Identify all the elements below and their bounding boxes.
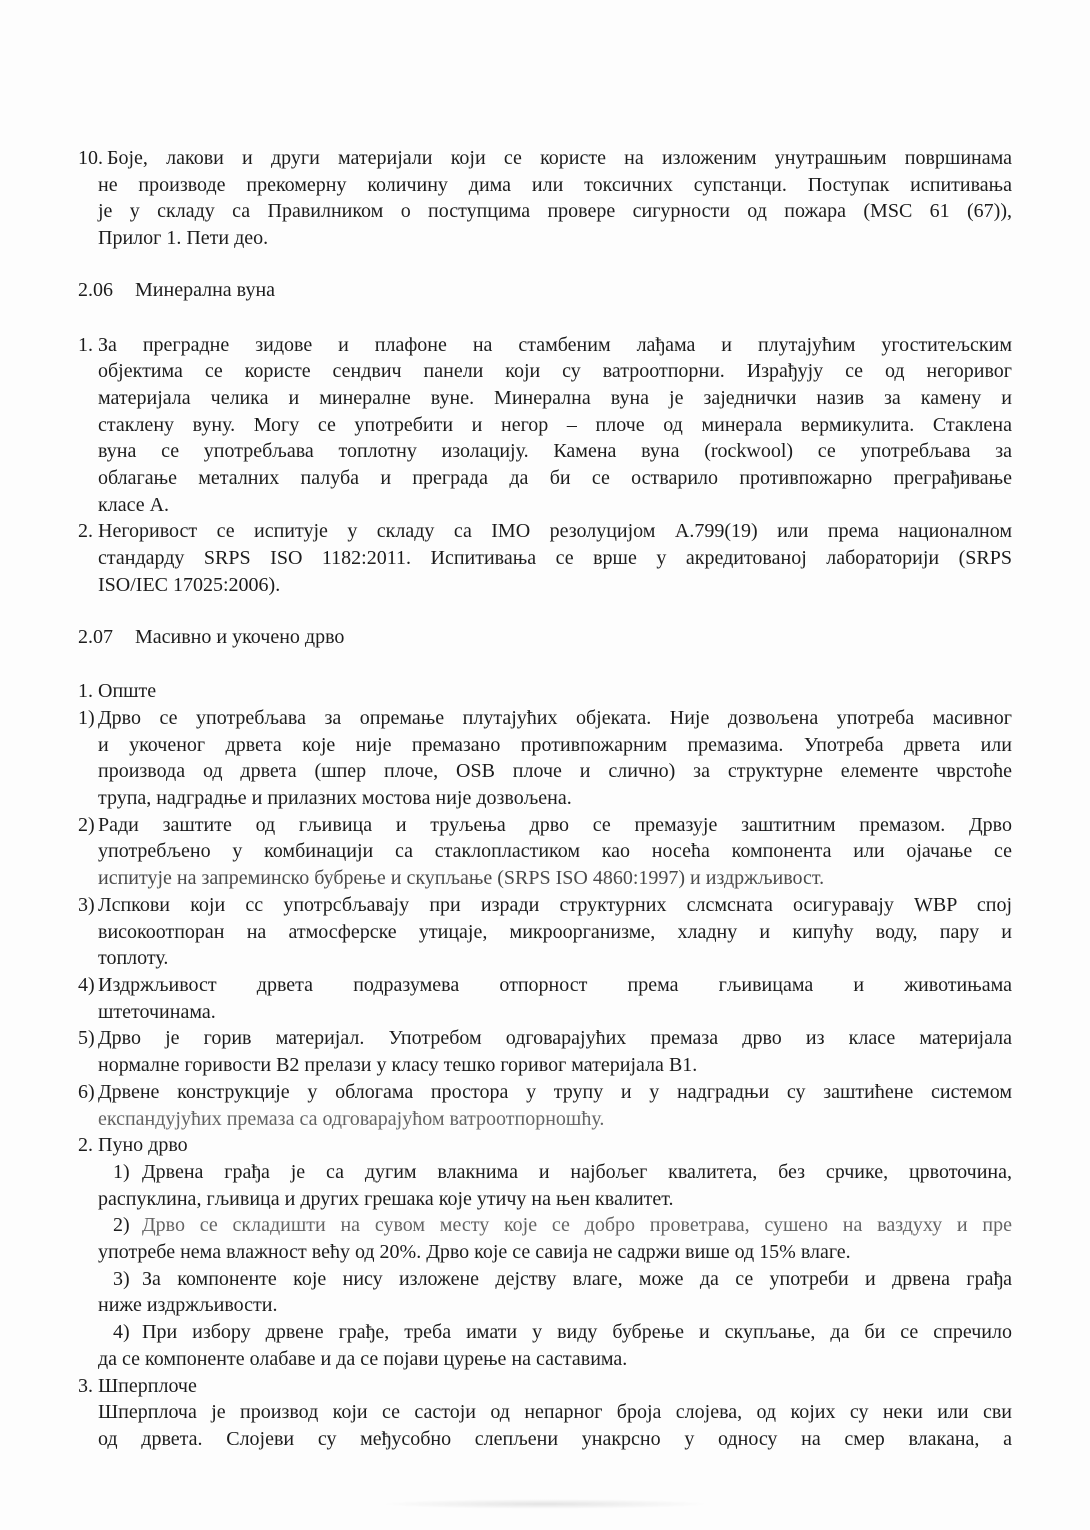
text-line: да се компоненте олабаве и да се појави …	[98, 1346, 1012, 1373]
nested-item-2: 2) Дрво се складишти на сувом месту које…	[78, 1212, 1012, 1265]
sub-item-1: 1) Дрво се употребљава за опремање плута…	[78, 705, 1012, 812]
list-item-2: 2. Негоривост се испитује у складу са IM…	[78, 518, 1012, 598]
text-line: Лспкови који сс употрсбљавају при изради…	[98, 892, 1012, 919]
sub-item-6: 6) Дрвене конструкције у облогама просто…	[78, 1079, 1012, 1132]
text-line: материјала челика и минералне вуне. Мине…	[98, 385, 1012, 412]
section-heading-2-06: 2.06 Минерална вуна	[78, 277, 1012, 304]
text-line: испитује на запреминско бубрење и скупља…	[98, 865, 1012, 892]
item-number: 1.	[78, 678, 93, 705]
text-line: Дрво се складишти на сувом месту које се…	[98, 1212, 1012, 1239]
item-title: Пуно дрво	[98, 1132, 1012, 1159]
item-number: 1)	[113, 1159, 130, 1186]
item-title: Опште	[98, 678, 1012, 705]
text-line: Дрвене конструкције у облогама простора …	[98, 1079, 1012, 1106]
text-line: високоотпоран на атмосферске утицаје, ми…	[98, 919, 1012, 946]
text-line: Ради заштите од гљивица и труљења дрво с…	[98, 812, 1012, 839]
body-paragraph: Шперплоча је производ који се састоји од…	[78, 1399, 1012, 1452]
text-line: класе А.	[98, 492, 1012, 519]
text-line: Прилог 1. Пети део.	[98, 225, 1012, 252]
text-line: стандарду SRPS ISO 1182:2011. Испитивања…	[98, 545, 1012, 572]
text-line: стаклену вуну. Могу се употребити и него…	[98, 412, 1012, 439]
list-item-puno-drvo: 2. Пуно дрво	[78, 1132, 1012, 1159]
text-line: од дрвета. Слојеви су међусобно слепљени…	[98, 1426, 1012, 1453]
item-number: 5)	[78, 1025, 95, 1052]
text-line: топлоту.	[98, 945, 1012, 972]
text-line: је у складу са Правилником о поступцима …	[98, 198, 1012, 225]
item-number: 2)	[113, 1212, 130, 1239]
document-page: 10. Боје, лакови и други материјали који…	[0, 0, 1090, 1530]
section-title: Минерална вуна	[135, 277, 1012, 304]
sub-item-5: 5) Дрво је горив материјал. Употребом од…	[78, 1025, 1012, 1078]
text-line: Дрво је горив материјал. Употребом одгов…	[98, 1025, 1012, 1052]
scan-artifact	[380, 1499, 710, 1509]
text-line: ISO/IEC 17025:2006).	[98, 572, 1012, 599]
text-line: употребљено у комбинацији са стаклопласт…	[98, 838, 1012, 865]
nested-item-1: 1) Дрвена грађа је са дугим влакнима и н…	[78, 1159, 1012, 1212]
text-line: При избору дрвене грађе, треба имати у в…	[98, 1319, 1012, 1346]
sub-item-3: 3) Лспкови који сс употрсбљавају при изр…	[78, 892, 1012, 972]
section-number: 2.06	[78, 277, 113, 304]
item-number: 6)	[78, 1079, 95, 1106]
text-line: Негоривост се испитује у складу са IMO р…	[98, 518, 1012, 545]
text-line: не производе прекомерну количину дима ил…	[98, 172, 1012, 199]
text-line: Боје, лакови и други материјали који се …	[98, 145, 1012, 172]
text-line: распуклина, гљивица и других грешака кој…	[98, 1186, 1012, 1213]
sub-item-4: 4) Издржљивост дрвета подразумева отпорн…	[78, 972, 1012, 1025]
item-number: 2)	[78, 812, 95, 839]
list-item-sperploce: 3. Шперплоче	[78, 1373, 1012, 1400]
text-line: трупа, надградње и прилазних мостова ниј…	[98, 785, 1012, 812]
sub-item-2: 2) Ради заштите од гљивица и труљења дрв…	[78, 812, 1012, 892]
item-number: 3)	[78, 892, 95, 919]
text-line: ниже издржљивости.	[98, 1292, 1012, 1319]
item-title: Шперплоче	[98, 1373, 1012, 1400]
list-item-10: 10. Боје, лакови и други материјали који…	[78, 145, 1012, 252]
item-number: 4)	[113, 1319, 130, 1346]
item-number: 3)	[113, 1266, 130, 1293]
item-number: 1.	[78, 332, 93, 359]
item-number: 4)	[78, 972, 95, 999]
text-line: Издржљивост дрвета подразумева отпорност…	[98, 972, 1012, 999]
text-line: За преградне зидове и плафоне на стамбен…	[98, 332, 1012, 359]
section-number: 2.07	[78, 624, 113, 651]
item-number: 2.	[78, 1132, 93, 1159]
section-heading-2-07: 2.07 Масивно и укочено дрво	[78, 624, 1012, 651]
nested-item-4: 4) При избору дрвене грађе, треба имати …	[78, 1319, 1012, 1372]
text-line: производа од дрвета (шпер плоче, OSB пло…	[98, 758, 1012, 785]
text-line: Шперплоча је производ који се састоји од…	[98, 1399, 1012, 1426]
text-line: објектима се користе сендвич панели који…	[98, 358, 1012, 385]
text-line: Дрво се употребљава за опремање плутајућ…	[98, 705, 1012, 732]
text-line: Дрвена грађа је са дугим влакнима и најб…	[98, 1159, 1012, 1186]
item-number: 1)	[78, 705, 95, 732]
text-line: За компоненте које нису изложене дејству…	[98, 1266, 1012, 1293]
text-line: и укоченог дрвета које није премазано пр…	[98, 732, 1012, 759]
text-line: експандујућих премаза са одговарајућом в…	[98, 1106, 1012, 1133]
list-item-1: 1. За преградне зидове и плафоне на стам…	[78, 332, 1012, 519]
section-title: Масивно и укочено дрво	[135, 624, 1012, 651]
item-number: 2.	[78, 518, 93, 545]
text-line: штеточинама.	[98, 999, 1012, 1026]
nested-item-3: 3) За компоненте које нису изложене дејс…	[78, 1266, 1012, 1319]
text-line: облагање металних палуба и преграда да б…	[98, 465, 1012, 492]
item-number: 10.	[78, 145, 103, 172]
text-line: употребе нема влажност већу од 20%. Дрво…	[98, 1239, 1012, 1266]
text-line: вуна се употребљава топлотну изолацију. …	[98, 438, 1012, 465]
list-item-opste: 1. Опште	[78, 678, 1012, 705]
item-number: 3.	[78, 1373, 93, 1400]
text-line: нормалне горивости B2 прелази у класу те…	[98, 1052, 1012, 1079]
